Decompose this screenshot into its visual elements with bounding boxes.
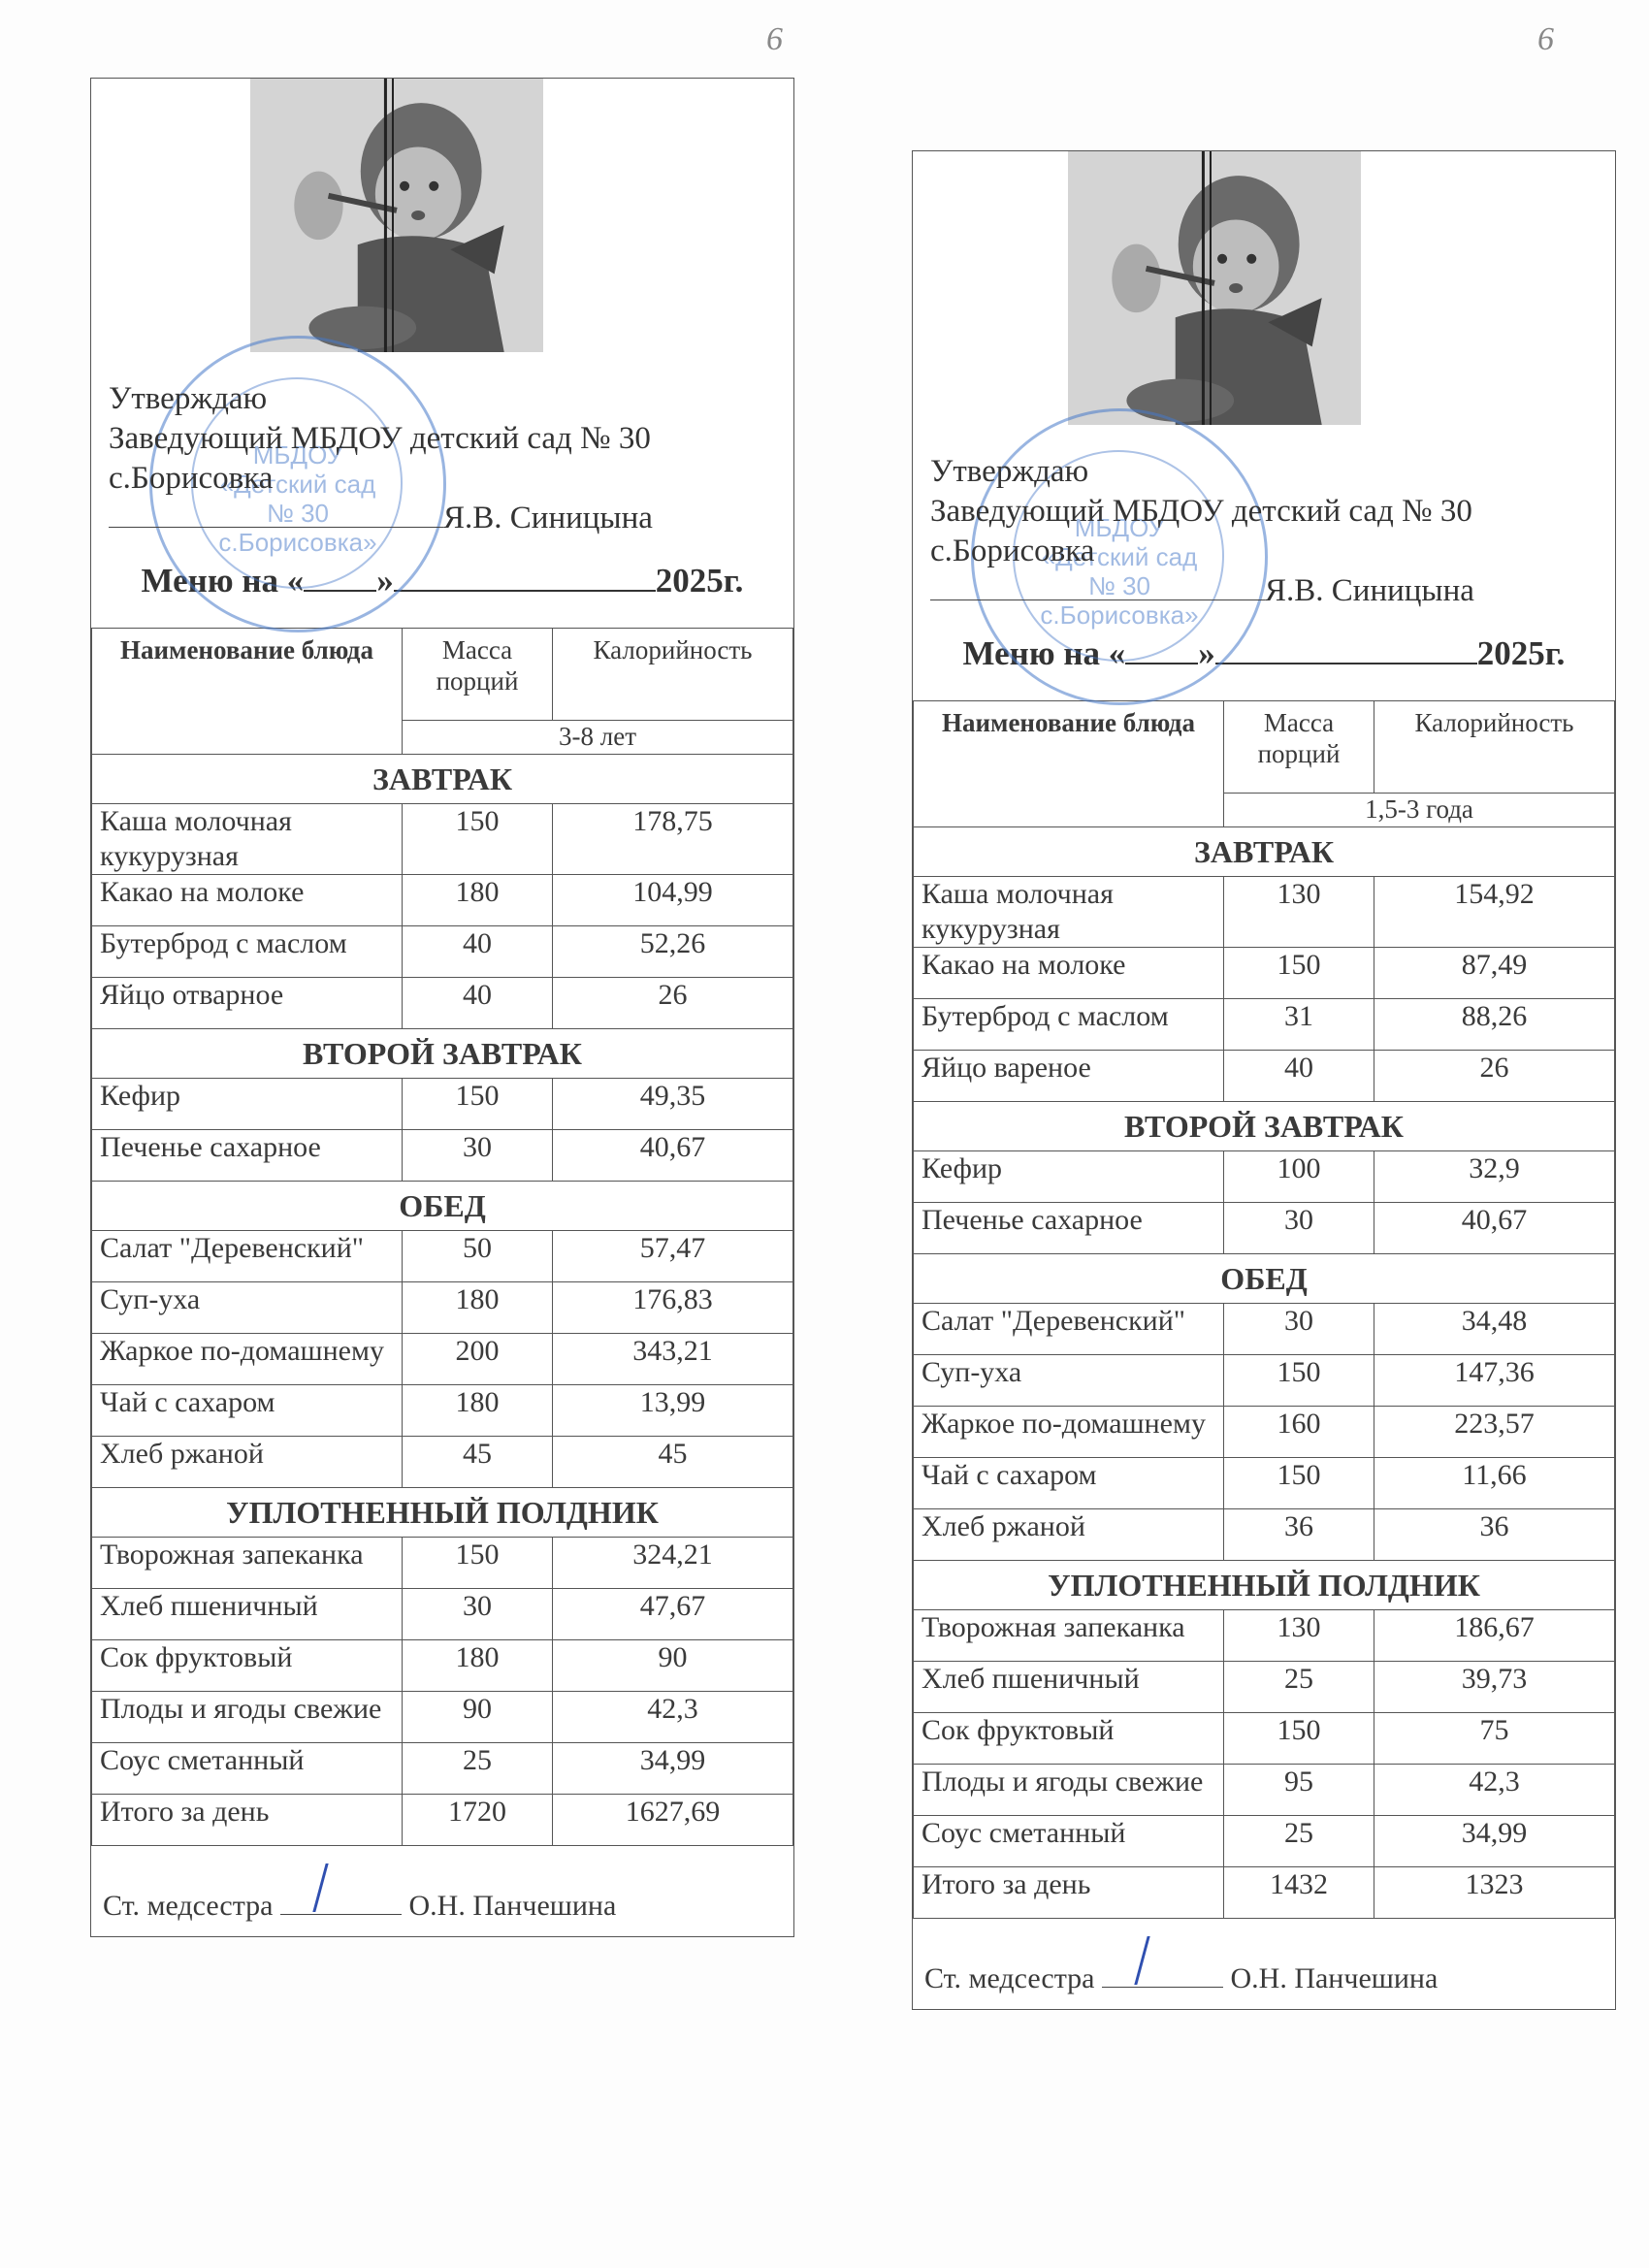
table-row: Хлеб ржаной3636 — [914, 1509, 1615, 1561]
dish-name: Соус сметанный — [92, 1743, 403, 1795]
dish-calories: 42,3 — [1374, 1765, 1615, 1816]
approval-label: Утверждаю — [109, 379, 793, 419]
dish-name: Чай с сахаром — [914, 1458, 1224, 1509]
table-row: Яйцо отварное4026 — [92, 978, 793, 1029]
total-label: Итого за день — [92, 1795, 403, 1846]
dish-mass: 150 — [403, 1079, 553, 1130]
dish-mass: 30 — [403, 1130, 553, 1182]
dish-calories: 13,99 — [553, 1385, 793, 1437]
dish-name: Каша молочная кукурузная — [92, 804, 403, 875]
dish-mass: 31 — [1224, 999, 1374, 1051]
dish-mass: 30 — [1224, 1304, 1374, 1355]
dish-calories: 147,36 — [1374, 1355, 1615, 1407]
table-row: Жаркое по-домашнему160223,57 — [914, 1407, 1615, 1458]
table-row: Творожная запеканка150324,21 — [92, 1538, 793, 1589]
dish-name: Хлеб ржаной — [914, 1509, 1224, 1561]
total-calories: 1627,69 — [553, 1795, 793, 1846]
dish-calories: 90 — [553, 1640, 793, 1692]
nurse-role: Ст. медсестра — [103, 1890, 274, 1922]
table-row: Плоды и ягоды свежие9042,3 — [92, 1692, 793, 1743]
header-calories: Калорийность — [553, 629, 793, 721]
dish-mass: 180 — [403, 875, 553, 926]
dish-mass: 36 — [1224, 1509, 1374, 1561]
total-mass: 1720 — [403, 1795, 553, 1846]
dish-mass: 200 — [403, 1334, 553, 1385]
section-title: ВТОРОЙ ЗАВТРАК — [92, 1029, 793, 1079]
dish-name: Яйцо вареное — [914, 1051, 1224, 1102]
approval-block: Утверждаю Заведующий МБДОУ детский сад №… — [91, 79, 793, 538]
section-row: УПЛОТНЕННЫЙ ПОЛДНИК — [914, 1561, 1615, 1610]
director-signature-line — [109, 500, 443, 528]
table-row: Кефир10032,9 — [914, 1151, 1615, 1203]
table-row: Салат "Деревенский"5057,47 — [92, 1231, 793, 1282]
table-row: Хлеб пшеничный2539,73 — [914, 1662, 1615, 1713]
dish-mass: 160 — [1224, 1407, 1374, 1458]
table-row: Хлеб пшеничный3047,67 — [92, 1589, 793, 1640]
dish-name: Плоды и ягоды свежие — [914, 1765, 1224, 1816]
total-mass: 1432 — [1224, 1867, 1374, 1919]
table-row: Бутерброд с маслом4052,26 — [92, 926, 793, 978]
dish-calories: 47,67 — [553, 1589, 793, 1640]
section-row: ЗАВТРАК — [914, 827, 1615, 877]
table-row: Хлеб ржаной4545 — [92, 1437, 793, 1488]
section-row: ОБЕД — [914, 1254, 1615, 1304]
page-mark-left: 6 — [766, 21, 783, 58]
approver-position: Заведующий МБДОУ детский сад № 30 — [109, 419, 793, 459]
dish-calories: 324,21 — [553, 1538, 793, 1589]
table-row: Чай с сахаром18013,99 — [92, 1385, 793, 1437]
dish-name: Суп-уха — [92, 1282, 403, 1334]
table-row: Салат "Деревенский"3034,48 — [914, 1304, 1615, 1355]
dish-mass: 40 — [1224, 1051, 1374, 1102]
dish-mass: 90 — [403, 1692, 553, 1743]
dish-calories: 39,73 — [1374, 1662, 1615, 1713]
approver-name: Я.В. Синицына — [443, 501, 653, 535]
section-row: ОБЕД — [92, 1182, 793, 1231]
dish-mass: 180 — [403, 1282, 553, 1334]
nurse-name: О.Н. Панчешина — [1231, 1962, 1439, 1994]
month-blank — [394, 565, 656, 592]
dish-name: Салат "Деревенский" — [914, 1304, 1224, 1355]
dish-name: Салат "Деревенский" — [92, 1231, 403, 1282]
dish-mass: 130 — [1224, 877, 1374, 948]
approver-name: Я.В. Синицына — [1265, 573, 1474, 608]
table-row: Печенье сахарное3040,67 — [914, 1203, 1615, 1254]
table-row: Суп-уха150147,36 — [914, 1355, 1615, 1407]
section-row: ВТОРОЙ ЗАВТРАК — [914, 1102, 1615, 1151]
dish-name: Хлеб ржаной — [92, 1437, 403, 1488]
table-row: Чай с сахаром15011,66 — [914, 1458, 1615, 1509]
dish-calories: 343,21 — [553, 1334, 793, 1385]
section-row: ЗАВТРАК — [92, 755, 793, 804]
table-row: Какао на молоке15087,49 — [914, 948, 1615, 999]
menu-card-3-8: МБДОУ«Детский сад№ 30с.Борисовка» Утверж… — [90, 78, 794, 1937]
dish-name: Чай с сахаром — [92, 1385, 403, 1437]
dish-mass: 150 — [1224, 948, 1374, 999]
table-row: Яйцо вареное4026 — [914, 1051, 1615, 1102]
total-calories: 1323 — [1374, 1867, 1615, 1919]
dish-calories: 32,9 — [1374, 1151, 1615, 1203]
dish-calories: 45 — [553, 1437, 793, 1488]
dish-calories: 104,99 — [553, 875, 793, 926]
dish-calories: 87,49 — [1374, 948, 1615, 999]
menu-card-1-5-3: МБДОУ«Детский сад№ 30с.Борисовка» Утверж… — [912, 150, 1616, 2010]
dish-calories: 178,75 — [553, 804, 793, 875]
dish-calories: 186,67 — [1374, 1610, 1615, 1662]
dish-mass: 150 — [403, 1538, 553, 1589]
dish-name: Хлеб пшеничный — [92, 1589, 403, 1640]
nurse-role: Ст. медсестра — [924, 1962, 1095, 1994]
dish-calories: 40,67 — [553, 1130, 793, 1182]
dish-calories: 42,3 — [553, 1692, 793, 1743]
dish-calories: 34,48 — [1374, 1304, 1615, 1355]
dish-mass: 150 — [1224, 1713, 1374, 1765]
dish-name: Печенье сахарное — [914, 1203, 1224, 1254]
dish-mass: 150 — [403, 804, 553, 875]
approver-position: Заведующий МБДОУ детский сад № 30 — [930, 492, 1615, 532]
dish-calories: 75 — [1374, 1713, 1615, 1765]
dish-name: Хлеб пшеничный — [914, 1662, 1224, 1713]
age-group: 3-8 лет — [403, 721, 793, 755]
table-row: Сок фруктовый18090 — [92, 1640, 793, 1692]
nurse-signature-block: Ст. медсестра О.Н. Панчешина — [91, 1845, 793, 1936]
dish-mass: 25 — [1224, 1662, 1374, 1713]
dish-calories: 176,83 — [553, 1282, 793, 1334]
table-row: Плоды и ягоды свежие9542,3 — [914, 1765, 1615, 1816]
section-row: ВТОРОЙ ЗАВТРАК — [92, 1029, 793, 1079]
header-calories: Калорийность — [1374, 701, 1615, 794]
table-row: Каша молочная кукурузная150178,75 — [92, 804, 793, 875]
dish-mass: 40 — [403, 978, 553, 1029]
approver-location: с.Борисовка — [109, 459, 793, 499]
section-title: ОБЕД — [92, 1182, 793, 1231]
dish-name: Каша молочная кукурузная — [914, 877, 1224, 948]
nurse-signature-block: Ст. медсестра О.Н. Панчешина — [913, 1918, 1615, 2009]
table-row: Соус сметанный2534,99 — [914, 1816, 1615, 1867]
section-title: ЗАВТРАК — [914, 827, 1615, 877]
table-row: Какао на молоке180104,99 — [92, 875, 793, 926]
approval-label: Утверждаю — [930, 452, 1615, 492]
table-row: Жаркое по-домашнему200343,21 — [92, 1334, 793, 1385]
table-row: Соус сметанный2534,99 — [92, 1743, 793, 1795]
table-row: Кефир15049,35 — [92, 1079, 793, 1130]
section-title: УПЛОТНЕННЫЙ ПОЛДНИК — [914, 1561, 1615, 1610]
nurse-name: О.Н. Панчешина — [409, 1890, 617, 1922]
dish-name: Сок фруктовый — [914, 1713, 1224, 1765]
dish-mass: 25 — [1224, 1816, 1374, 1867]
table-row: Печенье сахарное3040,67 — [92, 1130, 793, 1182]
dish-calories: 40,67 — [1374, 1203, 1615, 1254]
dish-calories: 57,47 — [553, 1231, 793, 1282]
dish-name: Творожная запеканка — [914, 1610, 1224, 1662]
dish-name: Плоды и ягоды свежие — [92, 1692, 403, 1743]
total-label: Итого за день — [914, 1867, 1224, 1919]
dish-name: Бутерброд с маслом — [92, 926, 403, 978]
dish-name: Творожная запеканка — [92, 1538, 403, 1589]
menu-title-year: 2025г. — [656, 562, 744, 599]
dish-calories: 11,66 — [1374, 1458, 1615, 1509]
dish-name: Кефир — [914, 1151, 1224, 1203]
dish-mass: 95 — [1224, 1765, 1374, 1816]
dish-calories: 88,26 — [1374, 999, 1615, 1051]
dish-name: Суп-уха — [914, 1355, 1224, 1407]
page-mark-right: 6 — [1537, 21, 1554, 58]
dish-mass: 180 — [403, 1385, 553, 1437]
menu-table: Наименование блюда Масса порций Калорийн… — [91, 628, 793, 1846]
dish-name: Какао на молоке — [914, 948, 1224, 999]
section-title: ВТОРОЙ ЗАВТРАК — [914, 1102, 1615, 1151]
dish-name: Какао на молоке — [92, 875, 403, 926]
dish-mass: 150 — [1224, 1355, 1374, 1407]
header-dish-name: Наименование блюда — [914, 701, 1224, 827]
table-row: Сок фруктовый15075 — [914, 1713, 1615, 1765]
dish-name: Кефир — [92, 1079, 403, 1130]
section-title: ОБЕД — [914, 1254, 1615, 1304]
dish-calories: 26 — [1374, 1051, 1615, 1102]
dish-name: Печенье сахарное — [92, 1130, 403, 1182]
section-row: УПЛОТНЕННЫЙ ПОЛДНИК — [92, 1488, 793, 1538]
section-title: УПЛОТНЕННЫЙ ПОЛДНИК — [92, 1488, 793, 1538]
table-row: Каша молочная кукурузная130154,92 — [914, 877, 1615, 948]
section-title: ЗАВТРАК — [92, 755, 793, 804]
dish-calories: 34,99 — [1374, 1816, 1615, 1867]
dish-mass: 30 — [403, 1589, 553, 1640]
nurse-signature-line — [1102, 1963, 1223, 1988]
month-blank — [1215, 637, 1477, 664]
dish-calories: 26 — [553, 978, 793, 1029]
dish-mass: 130 — [1224, 1610, 1374, 1662]
director-signature-line — [930, 572, 1265, 600]
table-row: Суп-уха180176,83 — [92, 1282, 793, 1334]
menu-table: Наименование блюда Масса порций Калорийн… — [913, 700, 1615, 1919]
dish-mass: 30 — [1224, 1203, 1374, 1254]
age-group: 1,5-3 года — [1224, 794, 1615, 827]
approval-block: Утверждаю Заведующий МБДОУ детский сад №… — [913, 151, 1615, 611]
approver-location: с.Борисовка — [930, 532, 1615, 571]
dish-mass: 25 — [403, 1743, 553, 1795]
dish-name: Яйцо отварное — [92, 978, 403, 1029]
table-row: Творожная запеканка130186,67 — [914, 1610, 1615, 1662]
dish-mass: 45 — [403, 1437, 553, 1488]
dish-name: Сок фруктовый — [92, 1640, 403, 1692]
table-row: Бутерброд с маслом3188,26 — [914, 999, 1615, 1051]
dish-mass: 40 — [403, 926, 553, 978]
nurse-signature-line — [280, 1891, 402, 1915]
dish-calories: 154,92 — [1374, 877, 1615, 948]
dish-calories: 52,26 — [553, 926, 793, 978]
dish-mass: 100 — [1224, 1151, 1374, 1203]
dish-calories: 223,57 — [1374, 1407, 1615, 1458]
dish-calories: 34,99 — [553, 1743, 793, 1795]
dish-calories: 36 — [1374, 1509, 1615, 1561]
header-mass: Масса порций — [403, 629, 553, 721]
total-row: Итого за день17201627,69 — [92, 1795, 793, 1846]
dish-name: Соус сметанный — [914, 1816, 1224, 1867]
dish-mass: 50 — [403, 1231, 553, 1282]
header-mass: Масса порций — [1224, 701, 1374, 794]
dish-name: Жаркое по-домашнему — [914, 1407, 1224, 1458]
total-row: Итого за день14321323 — [914, 1867, 1615, 1919]
menu-title-year: 2025г. — [1477, 634, 1566, 672]
dish-calories: 49,35 — [553, 1079, 793, 1130]
dish-mass: 180 — [403, 1640, 553, 1692]
dish-name: Бутерброд с маслом — [914, 999, 1224, 1051]
dish-name: Жаркое по-домашнему — [92, 1334, 403, 1385]
header-dish-name: Наименование блюда — [92, 629, 403, 755]
dish-mass: 150 — [1224, 1458, 1374, 1509]
